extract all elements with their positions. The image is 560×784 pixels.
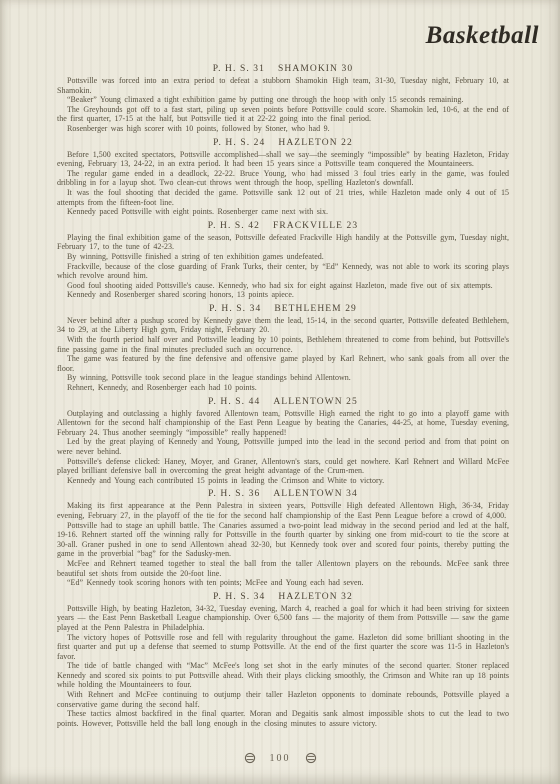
game-heading: P. H. S. 24HAZLETON 22 (57, 138, 509, 148)
game-paragraph: The game was featured by the fine defens… (57, 354, 509, 373)
opponent-team-score: SHAMOKIN 30 (278, 64, 353, 74)
game-paragraph: The tide of battle changed with “Mac” Mc… (57, 661, 509, 690)
game-heading: P. H. S. 44ALLENTOWN 25 (57, 397, 509, 407)
game-paragraphs: Playing the final exhibition game of the… (57, 233, 509, 300)
game-paragraphs: Before 1,500 excited spectators, Pottsvi… (57, 150, 509, 217)
home-team-score: P. H. S. 36 (208, 489, 260, 499)
opponent-team-score: BETHLEHEM 29 (274, 304, 357, 314)
home-team-score: P. H. S. 44 (208, 397, 260, 407)
game-heading: P. H. S. 42FRACKVILLE 23 (57, 221, 509, 231)
game-paragraph: Outplaying and outclassing a highly favo… (57, 409, 509, 438)
home-team-score: P. H. S. 24 (213, 138, 265, 148)
game-paragraph: Kennedy and Rosenberger shared scoring h… (57, 290, 509, 300)
game-paragraph: Rehnert, Kennedy, and Rosenberger each h… (57, 383, 509, 393)
game-paragraph: Kennedy paced Pottsville with eight poin… (57, 207, 509, 217)
home-team-score: P. H. S. 31 (213, 64, 265, 74)
page-footer: 100 (0, 752, 560, 764)
game-heading: P. H. S. 34HAZLETON 32 (57, 592, 509, 602)
basketball-icon (305, 752, 317, 764)
game-paragraph: “Ed” Kennedy took scoring honors with te… (57, 578, 509, 588)
game-paragraph: Before 1,500 excited spectators, Pottsvi… (57, 150, 509, 169)
game-paragraph: With the fourth period half over and Pot… (57, 335, 509, 354)
game-paragraph: These tactics almost backfired in the fi… (57, 709, 509, 728)
game-section: P. H. S. 42FRACKVILLE 23 Playing the fin… (57, 221, 509, 300)
game-paragraph: Good foul shooting aided Pottsville's ca… (57, 281, 509, 291)
home-team-score: P. H. S. 34 (209, 304, 261, 314)
game-paragraph: McFee and Rehnert teamed together to ste… (57, 559, 509, 578)
game-paragraph: The Greyhounds got off to a fast start, … (57, 105, 509, 124)
home-team-score: P. H. S. 34 (213, 592, 265, 602)
game-heading: P. H. S. 34BETHLEHEM 29 (57, 304, 509, 314)
game-paragraph: By winning, Pottsville took second place… (57, 373, 509, 383)
game-paragraph: Pottsville High, by beating Hazleton, 34… (57, 604, 509, 633)
game-section: P. H. S. 34BETHLEHEM 29 Never behind aft… (57, 304, 509, 393)
game-paragraph: Making its first appearance at the Penn … (57, 501, 509, 520)
basketball-icon (244, 752, 256, 764)
opponent-team-score: HAZLETON 22 (278, 138, 352, 148)
game-paragraphs: Outplaying and outclassing a highly favo… (57, 409, 509, 486)
game-paragraph: Playing the final exhibition game of the… (57, 233, 509, 252)
opponent-team-score: FRACKVILLE 23 (273, 221, 358, 231)
game-paragraphs: Making its first appearance at the Penn … (57, 501, 509, 587)
game-paragraph: Kennedy and Young each contributed 15 po… (57, 476, 509, 486)
game-paragraph: The regular game ended in a deadlock, 22… (57, 169, 509, 188)
yearbook-page: Basketball P. H. S. 31SHAMOKIN 30 Pottsv… (0, 0, 560, 784)
game-paragraph: By winning, Pottsville finished a string… (57, 252, 509, 262)
game-paragraphs: Pottsville High, by beating Hazleton, 34… (57, 604, 509, 729)
game-paragraph: Never behind after a pushup scored by Ke… (57, 316, 509, 335)
page-title: Basketball (426, 22, 539, 50)
home-team-score: P. H. S. 42 (208, 221, 260, 231)
opponent-team-score: ALLENTOWN 34 (273, 489, 358, 499)
game-heading: P. H. S. 36ALLENTOWN 34 (57, 489, 509, 499)
game-section: P. H. S. 36ALLENTOWN 34 Making its first… (57, 489, 509, 587)
game-section: P. H. S. 34HAZLETON 32 Pottsville High, … (57, 592, 509, 729)
game-section: P. H. S. 24HAZLETON 22 Before 1,500 exci… (57, 138, 509, 217)
game-paragraph: Rosenberger was high scorer with 10 poin… (57, 124, 509, 134)
game-paragraphs: Pottsville was forced into an extra peri… (57, 76, 509, 134)
article-content: P. H. S. 31SHAMOKIN 30 Pottsville was fo… (57, 60, 509, 728)
opponent-team-score: ALLENTOWN 25 (273, 397, 358, 407)
game-paragraph: It was the foul shooting that decided th… (57, 188, 509, 207)
game-paragraph: Pottsville was forced into an extra peri… (57, 76, 509, 95)
game-section: P. H. S. 44ALLENTOWN 25 Outplaying and o… (57, 397, 509, 486)
game-paragraph: “Beaker” Young climaxed a tight exhibiti… (57, 95, 509, 105)
game-paragraphs: Never behind after a pushup scored by Ke… (57, 316, 509, 393)
game-paragraph: Led by the great playing of Kennedy and … (57, 437, 509, 456)
game-paragraph: Frackville, because of the close guardin… (57, 262, 509, 281)
game-paragraph: Pottsville had to stage an uphill battle… (57, 521, 509, 559)
game-heading: P. H. S. 31SHAMOKIN 30 (57, 64, 509, 74)
game-paragraph: The victory hopes of Pottsville rose and… (57, 633, 509, 662)
opponent-team-score: HAZLETON 32 (278, 592, 352, 602)
game-section: P. H. S. 31SHAMOKIN 30 Pottsville was fo… (57, 64, 509, 134)
page-number: 100 (270, 753, 291, 764)
game-paragraph: With Rehnert and McFee continuing to out… (57, 690, 509, 709)
game-paragraph: Pottsville's defense clicked: Haney, Moy… (57, 457, 509, 476)
